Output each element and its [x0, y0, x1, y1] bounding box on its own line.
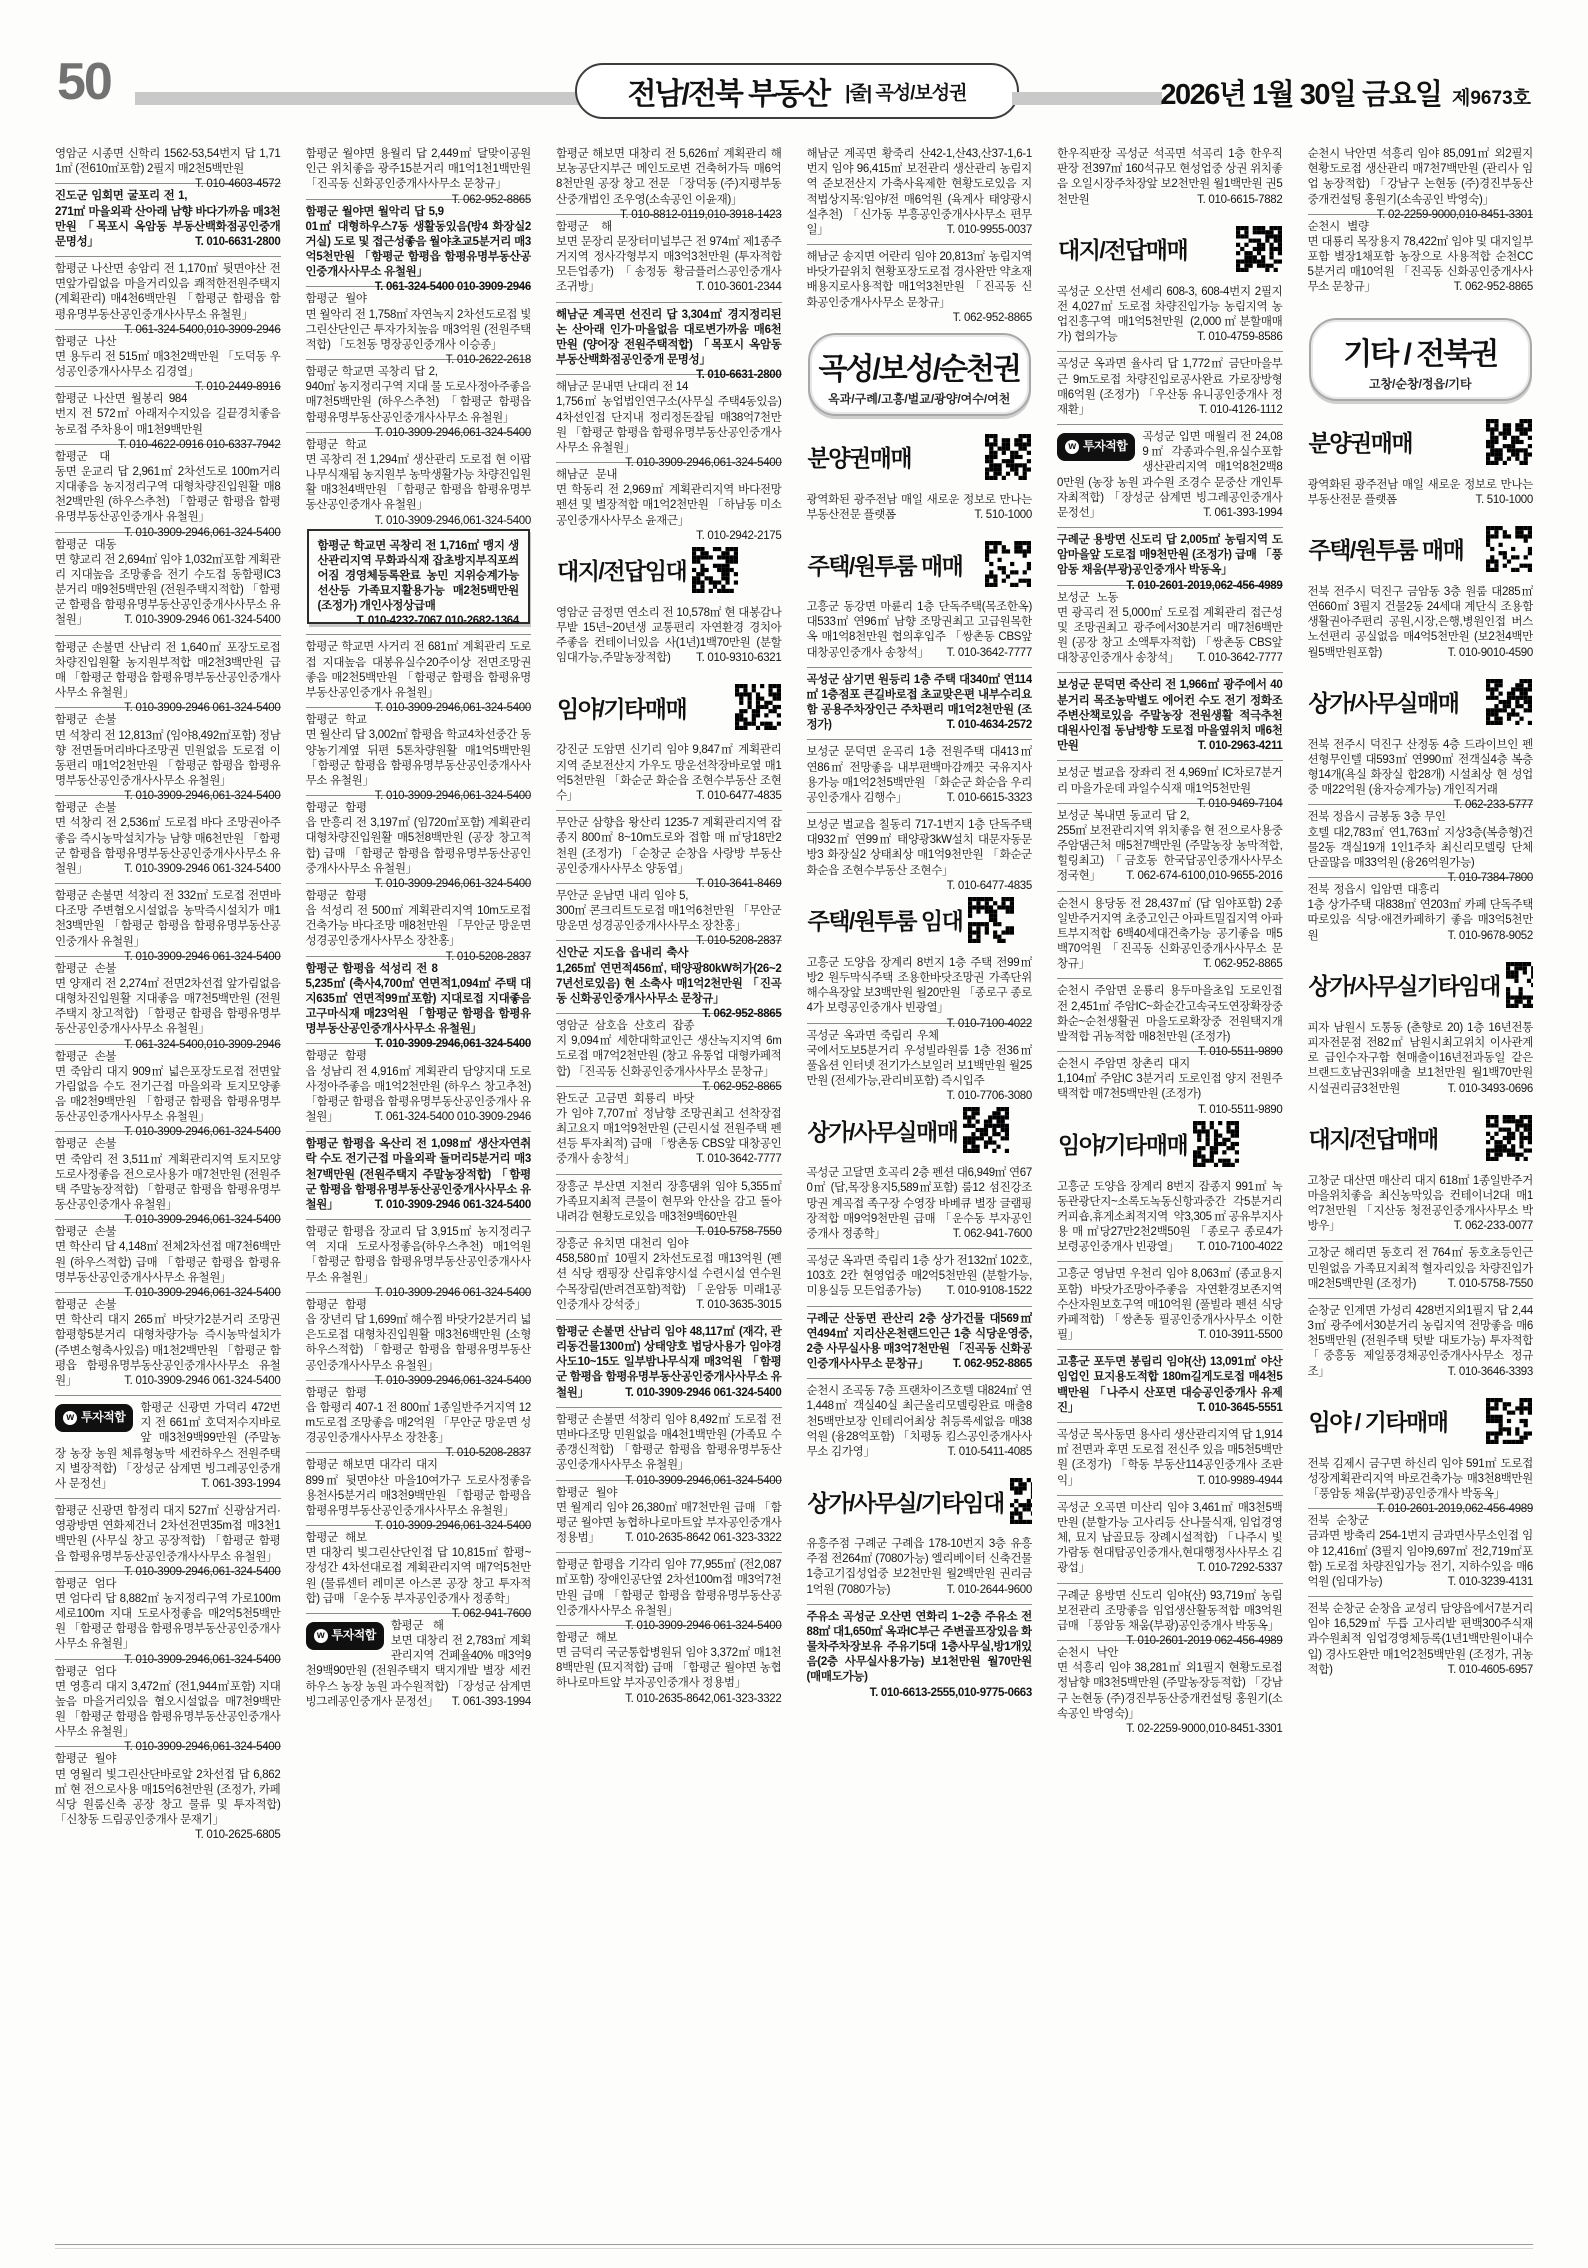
classified-ad: 순천시 낙안면 석흥리 임야 38,281㎡ 외1필지 현황도로접 정남향 매3… — [1057, 1640, 1283, 1728]
classified-ad: 함평군 학교면 곡창리 답 2,940㎡ 농지정리구역 지대 물 도로사정아주좋… — [306, 359, 532, 432]
classified-ad: 순천시 조곡동 7층 프랜차이즈호텔 대824㎡ 연1,448㎡ 객실40실 최… — [807, 1378, 1033, 1466]
classified-ad: 함평군 함평읍 만흥리 전 3,197㎡ (임720㎡포함) 계획관리 대형차량… — [306, 795, 532, 883]
ad-text: 함평군 대동면 운교리 답 2,961㎡ 2차선도로 100m거리 지대좋음 농… — [55, 451, 281, 524]
phone-number: T. 010-3909-2946,061-324-5400 — [367, 514, 531, 529]
phone-number: T. 010-2635-8642 061-323-3322 — [617, 1531, 781, 1546]
phone-number: T. 010-7292-5337 — [1189, 1561, 1282, 1576]
classified-ad: 구례군 산동면 관산리 2층 상가건물 대569㎡ 연494㎡ 지리산온천랜드인… — [807, 1306, 1033, 1379]
phone-number: T. 061-324-5400,010-3909-2946 — [116, 1038, 280, 1053]
phone-number: T. 010-6615-3323 — [939, 791, 1032, 806]
classified-ad: 고흥군 포두면 봉림리 임야(산) 13,091㎡ 야산 임업인 묘지용도적합 … — [1057, 1349, 1283, 1422]
classified-ad: 보성군 노동면 광곡리 전 5,000㎡ 도로접 계획관리 접근성 및 조망권최… — [1057, 585, 1283, 673]
ad-text: 해남군 계곡면 황죽리 산42-1,산43,산37-1,6-1번지 임야 96,… — [807, 148, 1033, 236]
phone-number: T. 010-5208-2837 — [438, 1446, 531, 1461]
ad-text: 함평군 학교면 곡창리 전 1,716㎡ 맹지 생산관리지역 무화과식재 잡초방… — [318, 540, 520, 613]
ad-text: 함평군 함평읍 석성리 전 85,235㎡ (축사4,700㎡ 연면적1,094… — [306, 963, 532, 1036]
classified-ad: 고흥군 영남면 우천리 임야 8,063㎡ (종교용지포함) 바닷가조망아주좋음… — [1057, 1261, 1283, 1349]
phone-number: T. 062-941-7600 — [444, 1607, 531, 1622]
news-column-2: 함평군 월야면 용월리 답 2,449㎡ 달맞이공원 인근 위치좋음 광주15분… — [306, 142, 532, 2230]
ad-text: 함평군 손불면 학산리 답 4,148㎡ 전체2차선접 매7천6백만원 (하우스… — [55, 1226, 281, 1284]
section-title: 대지/전답매매 — [1309, 1121, 1438, 1154]
qr-code-icon — [968, 897, 1014, 943]
phone-number: T. 010-3909-2946,061-324-5400 — [116, 1653, 280, 1668]
section-header: 분양권매매 — [1308, 407, 1534, 473]
ad-text: 장흥군 부산면 지천리 장흥댐위 임야 5,355㎡ 가족묘지최적 큰물이 현무… — [556, 1181, 782, 1223]
phone-number: T. 010-2635-8642,061-323-3322 — [617, 1692, 781, 1707]
section-header: 상가/사무실/기타임대 — [807, 1466, 1033, 1532]
phone-number: T. 010-7384-7800 — [1440, 871, 1533, 886]
header-rule-left — [135, 92, 590, 105]
ad-text: 해남군 계곡면 선진리 답 3,304㎡ 경지정리된논 산아래 인가·마을없음 … — [556, 309, 782, 367]
classified-ad: 함평군 엄다면 엄다리 답 8,882㎡ 농지정리구역 가로100m 세로100… — [55, 1571, 281, 1659]
classified-ad: 완도군 고금면 회룡리 바닷가 임야 7,707㎡ 정남향 조망권최고 선착장접… — [556, 1086, 782, 1174]
phone-number: T. 010-3909-2946 061-324-5400 — [367, 1198, 531, 1213]
ad-text: 함평군 학교면 월산리 답 3,002㎡ 함평읍 학교4차선중간 동양농기계옆 … — [306, 714, 532, 787]
ad-text: 순천시 주암면 운룡리 용두마을초입 도로인접 전 2,451㎡ 주암IC~화순… — [1057, 985, 1283, 1043]
classified-ad: 함평군 학교면 사거리 전 681㎡ 계획관리 도로접 지대높음 대봉유실수20… — [306, 634, 532, 707]
section-header: 주택/원투룸 매매 — [1308, 514, 1534, 580]
classified-ad: 곡성군 오곡면 미산리 임야 3,461㎡ 매3천5백만원 (분할가능 고사리등… — [1057, 1495, 1283, 1583]
section-title: 임야 / 기타매매 — [1309, 1404, 1448, 1437]
classified-ad: 함평군 월야면 월악리 답 5,901㎡ 대형하우스7동 생활동있음(방4 화장… — [306, 199, 532, 287]
phone-number: T. 062-233-0077 — [1446, 1219, 1533, 1234]
phone-number: T. 010-3909-2946,061-324-5400 — [116, 789, 280, 804]
classified-ad: 보성군 복내면 동교리 답 2,255㎡ 보전관리지역 위치좋음 현 전으로사용… — [1057, 803, 1283, 891]
classified-ad: 함평군 나산면 송암리 전 1,170㎡ 뒷면야산 전면앞가림없음 마을거리있음… — [55, 256, 281, 329]
ad-text: 구례군 용방면 신도리 답 2,005㎡ 농림지역 도암마을앞 도로접 매9천만… — [1057, 534, 1283, 576]
ad-text: 함평군 엄다면 엄다리 답 8,882㎡ 농지정리구역 가로100m 세로100… — [55, 1578, 281, 1651]
section-title: 분양권매매 — [808, 440, 912, 473]
classified-ad: 유흥주점 구례군 구례읍 178-10번지 3층 유흥주점 전264㎡ (708… — [807, 1532, 1033, 1604]
w-circle-icon: w — [314, 1629, 328, 1643]
section-header: 대지/전답임대 — [556, 535, 688, 601]
ad-text: 함평군 학교면 곡창리 전 1,294㎡ 생산관리 도로접 현 이팝나무식재됨 … — [306, 439, 532, 512]
ad-text: 함평군 대동면 향교리 전 2,694㎡ 임야 1,032㎡포함 계획관리 지대… — [55, 539, 281, 627]
classified-ad: 함평군 해보면 대창리 전 5,626㎡ 계획관리 해보농공단지부근 메인도로변… — [556, 142, 782, 214]
region-title: 곡성/보성/순천권 — [814, 344, 1026, 388]
badge-label: 투자적합 — [81, 1410, 125, 1426]
classified-ad: 영암군 시종면 신학리 1562-53,54번지 답 1,711㎡ (전610㎡… — [55, 142, 281, 183]
classified-ad: 고창군 대산면 매산리 대지 618㎡ 1종일반주거 마을위치좋음 최신농막있음… — [1308, 1169, 1534, 1241]
classified-ad: 함평군 함평읍 기각리 임야 77,955㎡ (전2,087㎡포함) 장애인공단… — [556, 1552, 782, 1625]
phone-number: T. 010-4622-0916 010-6337-7942 — [110, 438, 280, 453]
phone-number: T. 010-2622-2618 — [438, 353, 531, 368]
classified-ad: 함평군 함평읍 석성리 전 500㎡ 계획관리지역 10m도로접 건축가능 바다… — [306, 883, 532, 956]
phone-number: T. 010-3909-2946 061-324-5400 — [367, 1286, 531, 1301]
phone-number: T. 010-9010-4590 — [1440, 646, 1533, 661]
phone-number: T. 010-3909-2946,061-324-5400 — [617, 1474, 781, 1489]
section-title: 상가/사무실매매 — [808, 1114, 958, 1147]
phone-number: T. 010-3635-3015 — [688, 1298, 781, 1313]
phone-number: T. 062-952-8865 — [945, 1357, 1032, 1372]
phone-number: T. 061-393-1994 — [1195, 506, 1282, 521]
ad-text: 신안군 지도읍 읍내리 축사 1,265㎡ 연면적456㎡, 태양광80kW허가… — [556, 947, 782, 1005]
phone-number: T. 010-3909-2946,061-324-5400 — [367, 877, 531, 892]
phone-number: T. 010-3909-2946,061-324-5400 — [116, 1213, 280, 1228]
classified-ad: 함평군 함평읍 성남리 전 4,916㎡ 계획관리 담양지대 도로사정아주좋음 … — [306, 1043, 532, 1131]
phone-number: T. 010-3645-5551 — [1189, 1401, 1282, 1416]
classified-ad: 함평군 해보면 문장리 문장터미널부근 전 974㎡ 제1종주거지역 정사각형부… — [556, 214, 782, 302]
phone-number: T. 010-3642-7777 — [688, 1152, 781, 1167]
phone-number: T. 010-2601-2019 062-456-4989 — [1118, 1634, 1282, 1649]
classified-ad: 진도군 임회면 굴포리 전 1,271㎡ 마을외곽 산아래 남향 바다가까움 매… — [55, 183, 281, 256]
news-column-6: 순천시 낙안면 석흥리 임야 85,091㎡ 외2필지 현황도로접 생산관리 매… — [1308, 142, 1534, 2230]
badge-label: 투자적합 — [332, 1628, 376, 1644]
news-column-4: 해남군 계곡면 황죽리 산42-1,산43,산37-1,6-1번지 임야 96,… — [807, 142, 1033, 2230]
phone-number: T. 062-952-8865 — [945, 311, 1032, 326]
classified-ad: 고흥군 동강면 마륜리 1층 단독주택(목조한옥) 대533㎡ 연96㎡ 남향 … — [807, 595, 1033, 667]
classified-ad: 장흥군 유치면 대천리 임야 458,580㎡ 10필지 2차선도로접 매13억… — [556, 1231, 782, 1319]
ad-text: 무안군 운남면 내리 임야 5,300㎡ 콘크리트도로접 매1억6천만원 「무안… — [556, 890, 782, 932]
phone-number: T. 010-5208-2837 — [688, 934, 781, 949]
classified-ad: 전북 김제시 금구면 하신리 임야 591㎡ 도로접 성장계획관리지역 바로건축… — [1308, 1452, 1534, 1509]
classified-ad: 함평군 해보면 대창리 빛그린산단인접 답 10,815㎡ 함평~장성간 4차선… — [306, 1525, 532, 1613]
section-header: 분양권매매 — [807, 422, 1033, 488]
phone-number: T. 061-324-5400,010-3909-2946 — [116, 323, 280, 338]
classified-ad: 해남군 송지면 어란리 임야 20,813㎡ 농림지역 바닷가끝위치 현황포장도… — [807, 244, 1033, 317]
qr-code-icon — [985, 434, 1031, 480]
phone-number: T. 010-5411-4085 — [940, 1445, 1033, 1460]
section-header: 주택/원투룸 매매 — [807, 529, 1033, 595]
ad-text: 함평군 월야면 월악리 전 1,758㎡ 자연녹지 2차선도로접 빛그린산단인근… — [306, 293, 532, 351]
phone-number: T. 010-2625-6805 — [187, 1828, 280, 1843]
qr-code-icon — [1506, 962, 1533, 1008]
phone-number: T. 062-952-8865 — [444, 193, 531, 208]
ad-text: 해남군 문내면 학동리 전 2,969㎡ 계획관리지역 바다전망 펜션 및 별장… — [556, 469, 782, 527]
classified-ad: w투자적합함평군 신광면 가덕리 472번지 전 661㎡ 호덕저수지바로앞 매… — [55, 1395, 281, 1498]
issue-number: 제9673호 — [1452, 88, 1531, 109]
classified-ad: 순천시 주암면 운룡리 용두마을초입 도로인접 전 2,451㎡ 주암IC~화순… — [1057, 978, 1283, 1051]
ad-text: 함평군 월야면 영월리 빛그린산단바로앞 2차선접 답 6,862㎡ 현 전으로… — [55, 1753, 281, 1826]
ad-text: 함평군 함평읍 함평리 407-1 전 800㎡ 1종일반주거지역 12m도로접… — [306, 1387, 532, 1445]
classified-ad: 곡성군 고달면 호곡리 2층 펜션 대6,949㎡ 연670㎡ (답,목장용지5… — [807, 1161, 1033, 1248]
ad-text: 함평군 손불면 죽암리 전 3,511㎡ 계획관리지역 토지모양 도로사정좋음 … — [55, 1138, 281, 1211]
phone-number: T. 010-3909-2946,061-324-5400 — [116, 1286, 280, 1301]
phone-number: T. 010-5511-9890 — [1190, 1103, 1283, 1118]
phone-number: T. 510-1000 — [1468, 493, 1533, 508]
phone-number: T. 010-2449-8916 — [187, 380, 280, 395]
ad-text: 함평군 함평읍 장교리 답 3,915㎡ 농지정리구역 지대 도로사정좋음(하우… — [306, 1226, 532, 1284]
classified-ad: 곡성군 삼기면 원등리 1층 주택 대340㎡ 연114㎡ 1층점포 큰길바로접… — [807, 667, 1033, 740]
phone-number: T. 062-952-8865 — [1446, 280, 1533, 295]
ad-text: 구례군 용방면 신도리 임야(산) 93,719㎡ 농림 보전관리 조망좋음 임… — [1057, 1590, 1283, 1632]
badge-label: 투자적합 — [1083, 439, 1127, 455]
phone-number: T. 010-2601-2019,062-456-4989 — [1369, 1502, 1533, 1517]
region-subtitle: 옥과/구례/고흥/벌교/광양/여수/여천 — [814, 390, 1026, 407]
region-title: 기타 / 전북권 — [1315, 329, 1527, 373]
section-header: 임야/기타매매 — [1057, 1109, 1190, 1175]
classified-ad: 피자 남원시 도통동 (춘향로 20) 1층 16년전통 피자전문점 전82㎡ … — [1308, 1016, 1534, 1103]
phone-number: T. 010-7100-4022 — [939, 1017, 1032, 1032]
phone-number: T. 010-3909-2946 061-324-5400 — [617, 1619, 781, 1634]
classified-ad: 해남군 계곡면 황죽리 산42-1,산43,산37-1,6-1번지 임야 96,… — [807, 142, 1033, 244]
classified-ad: 함평군 학교면 곡창리 전 1,716㎡ 맹지 생산관리지역 무화과식재 잡초방… — [307, 529, 531, 625]
ad-text: 함평군 해보면 대각리 대지 899㎡ 뒷면야산 마을10여가구 도로사정좋음 … — [306, 1459, 532, 1517]
classified-ad: 함평군 손불면 산남리 임야 48,117㎡ (재각, 관리동건물1300㎡) … — [556, 1319, 782, 1407]
classified-ad: 함평군 손불면 양재리 전 2,274㎡ 전면2차선접 앞가림없음 대형차진입원… — [55, 956, 281, 1044]
footer-rule — [55, 2244, 1533, 2249]
phone-number: T. 010-6477-4835 — [688, 789, 781, 804]
phone-number: T. 062-674-6100,010-9655-2016 — [1118, 869, 1282, 884]
ad-text: 함평군 손불면 석창리 임야 8,492㎡ 도로접 전면바다조망 민원없음 매4… — [556, 1414, 782, 1472]
ad-text: 함평군 손불면 학산리 대지 265㎡ 바닷가2분거리 조망권 함평항5분거리 … — [55, 1299, 281, 1387]
phone-number: T. 010-3911-5500 — [1190, 1328, 1283, 1343]
ad-text: 해남군 문내면 난대리 전 141,756㎡ 농업법인연구소(사무실 주택4동있… — [556, 381, 782, 454]
phone-number: T. 010-3239-4131 — [1440, 1575, 1533, 1590]
classified-ad: 함평군 함평읍 장교리 답 3,915㎡ 농지정리구역 지대 도로사정좋음(하우… — [306, 1219, 532, 1292]
classified-ad: 함평군 학교면 월산리 답 3,002㎡ 함평읍 학교4차선중간 동양농기계옆 … — [306, 707, 532, 795]
ad-text: 순천시 낙안면 석흥리 임야 38,281㎡ 외1필지 현황도로접 정남향 매3… — [1057, 1647, 1283, 1720]
phone-number: T. 010-3601-2344 — [688, 280, 781, 295]
classified-ad: 구례군 용방면 신도리 임야(산) 93,719㎡ 농림 보전관리 조망좋음 임… — [1057, 1583, 1283, 1641]
ad-text: 전북 김제시 금구면 하신리 임야 591㎡ 도로접 성장계획관리지역 바로건축… — [1308, 1458, 1534, 1500]
phone-number: T. 010-8812-0119,010-3918-1423 — [612, 208, 782, 223]
classified-ad: 함평군 대동면 운교리 답 2,961㎡ 2차선도로 100m거리 지대좋음 농… — [55, 444, 281, 532]
ad-text: 함평군 손불면 석창리 전 12,813㎡ (임야8,492㎡포함) 정남향 전… — [55, 714, 281, 787]
ad-text: 함평군 손불면 양재리 전 2,274㎡ 전면2차선접 앞가림없음 대형차진입원… — [55, 963, 281, 1036]
qr-code-icon — [1486, 419, 1532, 465]
phone-number: T. 010-4759-8586 — [1189, 330, 1282, 345]
classified-ad: 한우직판장 곡성군 석곡면 석곡리 1층 한우직판장 전397㎡ 160석규모 … — [1057, 142, 1283, 214]
qr-code-icon — [1193, 1121, 1239, 1167]
qr-code-icon — [1486, 1398, 1532, 1444]
phone-number: T. 010-4605-6957 — [1440, 1663, 1533, 1678]
section-header: 상가/사무실기타임대 — [1308, 950, 1534, 1016]
phone-number: T. 010-6631-2800 — [187, 235, 280, 250]
section-title: 분양권매매 — [1309, 425, 1413, 458]
classified-ad: 전북 정읍시 입암면 대흥리 1층 상가주택 대838㎡ 연203㎡ 카페 단독… — [1308, 877, 1534, 950]
ad-text: 함평군 함평읍 만흥리 전 3,197㎡ (임720㎡포함) 계획관리 대형차량… — [306, 802, 532, 875]
ad-text: 무안군 삼향읍 왕산리 1235-7 계획관리지역 잡종지 800㎡ 8~10m… — [556, 817, 782, 875]
ad-text: 함평군 신광면 함정리 대지 527㎡ 신광삼거리·영광방면 연화제건너 2차선… — [55, 1505, 281, 1563]
classified-ad: 영암군 삼호읍 산호리 잡종지 9,094㎡ 세한대학교인근 생산녹지지역 6m… — [556, 1013, 782, 1086]
ad-text: 보성군 벌교읍 칠동리 717-1번지 1층 단독주택 대932㎡ 연99㎡ 태… — [807, 819, 1033, 877]
classified-ad: 함평군 손불면 죽암리 전 3,511㎡ 계획관리지역 토지모양 도로사정좋음 … — [55, 1131, 281, 1219]
classified-ad: 함평군 손불면 석창리 전 12,813㎡ (임야8,492㎡포함) 정남향 전… — [55, 707, 281, 795]
section-title: 대지/전답임대 — [557, 553, 686, 586]
classified-ad: 곡성군 옥과면 죽림리 우체국에서도보5분거리 우성빌라원룸 1층 전36㎡ 풀… — [807, 1023, 1033, 1096]
phone-number: T. 02-2259-9000,010-8451-3301 — [1369, 208, 1533, 223]
phone-number: T. 010-9108-1522 — [939, 1284, 1032, 1299]
phone-number: T. 010-3909-2946 061-324-5400 — [116, 1374, 280, 1389]
classified-ad: 전북 순창군 금과면 방축리 254-1번지 금과면사무소인접 임야 12,41… — [1308, 1508, 1534, 1596]
section-header: 대지/전답매매 — [1057, 214, 1283, 280]
classified-ad: 함평군 엄다면 영흥리 대지 3,472㎡ (전1,944㎡포함) 지대높음 마… — [55, 1659, 281, 1747]
classified-ad: 순창군 인계면 가성리 428번지외1필지 답 2,443㎡ 광주에서30분거리… — [1308, 1298, 1534, 1386]
phone-number: T. 010-4126-1112 — [1191, 403, 1283, 418]
phone-number: T. 010-3909-2946 061-324-5400 — [116, 862, 280, 877]
phone-number: T. 010-9955-0037 — [939, 223, 1032, 238]
phone-number: T. 010-3909-2946 061-324-5400 — [617, 1386, 781, 1401]
classified-ad: 강진군 도암면 신기리 임야 9,847㎡ 계획관리지역 준보전산지 가우도 망… — [556, 738, 782, 810]
phone-number: T. 010-2963-4211 — [1190, 739, 1283, 754]
qr-code-icon — [692, 547, 738, 593]
qr-code-icon — [1486, 526, 1532, 572]
classified-ad: 신안군 지도읍 읍내리 축사 1,265㎡ 연면적456㎡, 태양광80kW허가… — [556, 940, 782, 1013]
classified-ad: 함평군 함평읍 옥산리 전 1,098㎡ 생산자연취락 수도 전기근접 마을외곽… — [306, 1131, 532, 1219]
classified-ad: 함평군 손불면 산남리 전 1,640㎡ 포장도로접 차량진입원활 농지원부적합… — [55, 635, 281, 708]
phone-number: T. 010-9469-7104 — [1189, 797, 1282, 812]
section-title: 대지/전답매매 — [1058, 232, 1187, 265]
qr-code-icon — [1236, 226, 1282, 272]
ad-text: 함평군 해보면 대창리 전 5,626㎡ 계획관리 해보농공단지부근 메인도로변… — [556, 148, 782, 206]
invest-fit-badge: w투자적합 — [55, 1404, 133, 1432]
classified-ad: 함평군 해보면 금덕리 국군통합병원뒤 임야 3,372㎡ 매1천8백만원 (묘… — [556, 1625, 782, 1698]
ad-text: 함평군 해보면 대창리 빛그린산단인접 답 10,815㎡ 함평~장성간 4차선… — [306, 1532, 532, 1605]
classified-ad: 고흥군 도양읍 장계리 8번지 1층 주택 전99㎡ 방2 원두막식주택 조용한… — [807, 951, 1033, 1023]
section-header: 상가/사무실매매 — [807, 1095, 939, 1161]
phone-number: T. 062-952-8865 — [694, 1007, 781, 1022]
phone-number: T. 010-3909-2946 061-324-5400 — [116, 613, 280, 628]
ad-text: 함평군 해보면 금덕리 국군통합병원뒤 임야 3,372㎡ 매1천8백만원 (묘… — [556, 1632, 782, 1690]
classified-ad: 함평군 대동면 향교리 전 2,694㎡ 임야 1,032㎡포함 계획관리 지대… — [55, 532, 281, 635]
classified-ad: 함평군 손불면 학산리 대지 265㎡ 바닷가2분거리 조망권 함평항5분거리 … — [55, 1292, 281, 1395]
phone-number: T. 010-5758-7550 — [688, 1225, 781, 1240]
phone-number: T. 010-4634-2572 — [939, 718, 1032, 733]
classified-ad: 곡성군 옥과면 죽림리 1층 상가 전132㎡ 102호, 103호 2칸 현영… — [807, 1248, 1033, 1306]
phone-number: T. 02-2259-9000,010-8451-3301 — [1118, 1722, 1282, 1737]
section-title: 임야/기타매매 — [1058, 1127, 1187, 1160]
ad-text: 전북 정읍시 금봉동 3층 무인호텔 대2,783㎡ 연1,763㎡ 지상3층(… — [1308, 811, 1534, 869]
classified-ad: 보성군 벌교읍 장좌리 전 4,969㎡ IC차로7분거리 마을가운데 과일수식… — [1057, 760, 1283, 802]
phone-number: T. 010-4603-4572 — [187, 177, 280, 192]
classified-ad: 구례군 용방면 신도리 답 2,005㎡ 농림지역 도암마을앞 도로접 매9천만… — [1057, 527, 1283, 585]
ad-text: 순천시 주암면 창촌리 대지 1,104㎡ 주암IC 3분거리 도로인접 양지 … — [1057, 1058, 1283, 1100]
classified-ad: 무안군 삼향읍 왕산리 1235-7 계획관리지역 잡종지 800㎡ 8~10m… — [556, 810, 782, 883]
phone-number: T. 062-952-8865 — [694, 1080, 781, 1095]
news-column-3: 함평군 해보면 대창리 전 5,626㎡ 계획관리 해보농공단지부근 메인도로변… — [556, 142, 782, 2230]
classified-ad: 순천시 별량면 대룡리 목장용지 78,422㎡ 임야 및 대지일부포함 별장1… — [1308, 214, 1534, 302]
issue-date: 2026년 1월 30일 금요일 — [1160, 79, 1441, 111]
classified-ad: 곡성군 오산면 선세리 608-3, 608-4번지 2필지 전 4,027㎡ … — [1057, 280, 1283, 352]
invest-fit-badge: w투자적합 — [306, 1622, 384, 1650]
phone-number: T. 010-3909-2946,061-324-5400 — [367, 1519, 531, 1534]
classified-ad: 고창군 해리면 동호리 전 764㎡ 동호초등인근 민원없음 가족묘지최적 혈자… — [1308, 1240, 1534, 1298]
phone-number: T. 010-6631-2800 — [688, 368, 781, 383]
ad-text: 주유소 곡성군 오산면 연화리 1~2층 주유소 전88㎡ 대1,650㎡ 옥과… — [807, 1611, 1033, 1684]
qr-code-icon — [735, 684, 781, 730]
classified-ad: 함평군 손불면 석창리 전 332㎡ 도로접 전면바다조망 주변혐오시설없음 농… — [55, 883, 281, 956]
ad-text: 함평군 함평읍 석성리 전 500㎡ 계획관리지역 10m도로접 건축가능 바다… — [306, 890, 532, 948]
classified-columns: 영암군 시종면 신학리 1562-53,54번지 답 1,711㎡ (전610㎡… — [55, 142, 1533, 2230]
news-column-1: 영암군 시종면 신학리 1562-53,54번지 답 1,711㎡ (전610㎡… — [55, 142, 281, 2230]
phone-number: T. 010-3909-2946 061-324-5400 — [116, 701, 280, 716]
ad-text: 함평군 월야면 용월리 답 2,449㎡ 달맞이공원 인근 위치좋음 광주15분… — [306, 148, 532, 190]
phone-number: T. 010-3641-8469 — [688, 877, 781, 892]
phone-number: T. 010-3909-2946,061-324-5400 — [116, 526, 280, 541]
date-line: 2026년 1월 30일 금요일 제9673호 — [1160, 72, 1531, 113]
phone-number: T. 010-3909-2946 061-324-5400 — [116, 950, 280, 965]
classified-ad: 전북 전주시 덕진구 금암동 3층 원룸 대285㎡ 연660㎡ 3필지 건물2… — [1308, 580, 1534, 667]
ad-text: 전북 전주시 덕진구 산정동 4층 드라이브인 펜션형무인텔 대593㎡ 연99… — [1308, 739, 1534, 797]
classified-ad: 주유소 곡성군 오산면 연화리 1~2층 주유소 전88㎡ 대1,650㎡ 옥과… — [807, 1604, 1033, 1692]
section-title-tab: 전남/전북 부동산 |줄| 곡성/보성권 — [575, 63, 1019, 119]
classified-ad: 해남군 문내면 난대리 전 141,756㎡ 농업법인연구소(사무실 주택4동있… — [556, 374, 782, 462]
classified-ad: 영암군 금정면 연소리 전 10,578㎡ 현 대봉감나무밭 15년~20년생 … — [556, 601, 782, 673]
section-header: 임야/기타매매 — [556, 672, 782, 738]
ad-text: 영암군 시종면 신학리 1562-53,54번지 답 1,711㎡ (전610㎡… — [55, 148, 281, 175]
ad-text: 함평군 나산면 월봉리 984번지 전 572㎡ 아래저수지있음 길끝경치좋음 … — [55, 393, 281, 435]
phone-number: T. 010-3909-2946,061-324-5400 — [367, 701, 531, 716]
classified-ad: 곡성군 목사동면 용사리 생산관리지역 답 1,914㎡ 전면과 후면 도로접 … — [1057, 1422, 1283, 1495]
phone-number: T. 010-3909-2946,061-324-5400 — [116, 1565, 280, 1580]
header-rule-right — [1012, 92, 1162, 105]
ad-text: 보성군 벌교읍 장좌리 전 4,969㎡ IC차로7분거리 마을가운데 과일수식… — [1057, 767, 1283, 794]
ad-text: 함평군 학교면 사거리 전 681㎡ 계획관리 도로접 지대높음 대봉유실수20… — [306, 641, 532, 699]
ad-text: 함평군 나산면 용두리 전 515㎡ 매3천2백만원 「도덕동 우성공인중개사사… — [55, 336, 281, 378]
phone-number: T. 010-3642-7777 — [939, 646, 1032, 661]
phone-number: T. 010-9989-4944 — [1189, 1474, 1282, 1489]
ad-text: 함평군 월야면 월악리 답 5,901㎡ 대형하우스7동 생활동있음(방4 화장… — [306, 206, 532, 279]
phone-number: T. 010-3909-2946,061-324-5400 — [367, 426, 531, 441]
section-title: 임야/기타매매 — [557, 691, 686, 724]
phone-number: T. 010-7100-4022 — [1189, 1240, 1282, 1255]
classified-ad: 함평군 함평읍 장년리 답 1,699㎡ 해수찜 바닷가2분거리 넓은도로접 대… — [306, 1292, 532, 1380]
phone-number: T. 062-952-8865 — [1195, 957, 1282, 972]
classified-ad: 보성군 문덕면 운곡리 1층 전원주택 대413㎡ 연86㎡ 전망좋음 내부편백… — [807, 739, 1033, 812]
classified-ad: 전북 전주시 덕진구 산정동 4층 드라이브인 펜션형무인텔 대593㎡ 연99… — [1308, 733, 1534, 805]
section-title: 주택/원투룸 임대 — [808, 903, 963, 936]
phone-number: T. 010-9310-6321 — [688, 651, 781, 666]
page-number: 50 — [57, 52, 111, 112]
news-column-5: 한우직판장 곡성군 석곡면 석곡리 1층 한우직판장 전397㎡ 160석규모 … — [1057, 142, 1283, 2230]
section-title: 상가/사무실매매 — [1309, 685, 1459, 718]
phone-number: T. 010-3909-2946,061-324-5400 — [116, 1740, 280, 1755]
region-banner: 기타 / 전북권고창/순창/정읍/기타 — [1309, 318, 1533, 401]
section-title: 상가/사무실/기타임대 — [808, 1485, 1004, 1518]
classified-ad: 함평군 해보면 대각리 대지 899㎡ 뒷면야산 마을10여가구 도로사정좋음 … — [306, 1452, 532, 1525]
section-title: 주택/원투룸 매매 — [1309, 532, 1464, 565]
section-header: 주택/원투룸 임대 — [807, 885, 939, 951]
ad-text: 순천시 낙안면 석흥리 임야 85,091㎡ 외2필지 현황도로접 생산관리 매… — [1308, 148, 1534, 206]
phone-number: T. 010-3909-2946,061-324-5400 — [367, 1037, 531, 1052]
phone-number: T. 061-324-5400 010-3909-2946 — [367, 280, 531, 295]
classified-ad: 함평군 손불면 죽암리 대지 909㎡ 넓은포장도로접 전면앞가림없음 수도 전… — [55, 1044, 281, 1132]
classified-ad: 전북 정읍시 금봉동 3층 무인호텔 대2,783㎡ 연1,763㎡ 지상3층(… — [1308, 804, 1534, 877]
section-header: 임야 / 기타매매 — [1308, 1386, 1534, 1452]
phone-number: T. 010-2644-9600 — [939, 1583, 1032, 1598]
qr-code-icon — [1486, 1115, 1532, 1161]
ad-text: 함평군 손불면 산남리 전 1,640㎡ 포장도로접 차량진입원활 농지원부적합… — [55, 642, 281, 700]
qr-code-icon — [985, 541, 1031, 587]
phone-number: T. 010-3909-2946,061-324-5400 — [116, 1125, 280, 1140]
w-circle-icon: w — [63, 1411, 77, 1425]
classified-ad: 함평군 월야면 월계리 임야 26,380㎡ 매7천만원 급매 「함평군 월야면… — [556, 1480, 782, 1553]
ad-text: 함평군 엄다면 영흥리 대지 3,472㎡ (전1,944㎡포함) 지대높음 마… — [55, 1666, 281, 1739]
section-header: 대지/전답매매 — [1308, 1103, 1534, 1169]
classified-ad: 장흥군 부산면 지천리 장흥댐위 임야 5,355㎡ 가족묘지최적 큰물이 현무… — [556, 1174, 782, 1232]
page-title: 전남/전북 부동산 — [628, 69, 830, 113]
edition-tag: |줄| 곡성/보성권 — [845, 78, 966, 105]
phone-number: T. 010-6477-4835 — [939, 879, 1032, 894]
classified-ad: 고흥군 도양읍 장계리 8번지 잡종지 991㎡ 녹동관광단지~소록도녹동신항과… — [1057, 1175, 1283, 1262]
phone-number: T. 010-3646-3393 — [1440, 1365, 1533, 1380]
ad-text: 영암군 삼호읍 산호리 잡종지 9,094㎡ 세한대학교인근 생산녹지지역 6m… — [556, 1020, 782, 1078]
qr-code-icon — [963, 1107, 1009, 1153]
phone-number: T. 010-7706-3080 — [939, 1089, 1032, 1104]
classified-ad: 함평군 월야면 월악리 전 1,758㎡ 자연녹지 2차선도로접 빛그린산단인근… — [306, 286, 532, 359]
phone-number: T. 010-4232-7067 010-2682-1364 — [349, 614, 519, 629]
classified-ad: 해남군 계곡면 선진리 답 3,304㎡ 경지정리된논 산아래 인가·마을없음 … — [556, 302, 782, 375]
classified-ad: 곡성군 옥과면 율사리 답 1,772㎡ 금단마을부근 9m도로접 차량진입로공… — [1057, 351, 1283, 424]
ad-text: 해남군 송지면 어란리 임야 20,813㎡ 농림지역 바닷가끝위치 현황포장도… — [807, 251, 1033, 309]
classified-ad: w투자적합함평군 해보면 대창리 전 2,783㎡ 계획관리지역 건폐율40% … — [306, 1613, 532, 1716]
ad-text: 함평군 함평읍 장년리 답 1,699㎡ 해수찜 바닷가2분거리 넓은도로접 대… — [306, 1299, 532, 1372]
phone-number: T. 010-5511-9890 — [1190, 1045, 1283, 1060]
ad-text: 함평군 손불면 석창리 전 332㎡ 도로접 전면바다조망 주변혐오시설없음 농… — [55, 890, 281, 948]
qr-code-icon — [1010, 1478, 1032, 1524]
classified-ad: 해남군 문내면 학동리 전 2,969㎡ 계획관리지역 바다전망 펜션 및 별장… — [556, 462, 782, 535]
